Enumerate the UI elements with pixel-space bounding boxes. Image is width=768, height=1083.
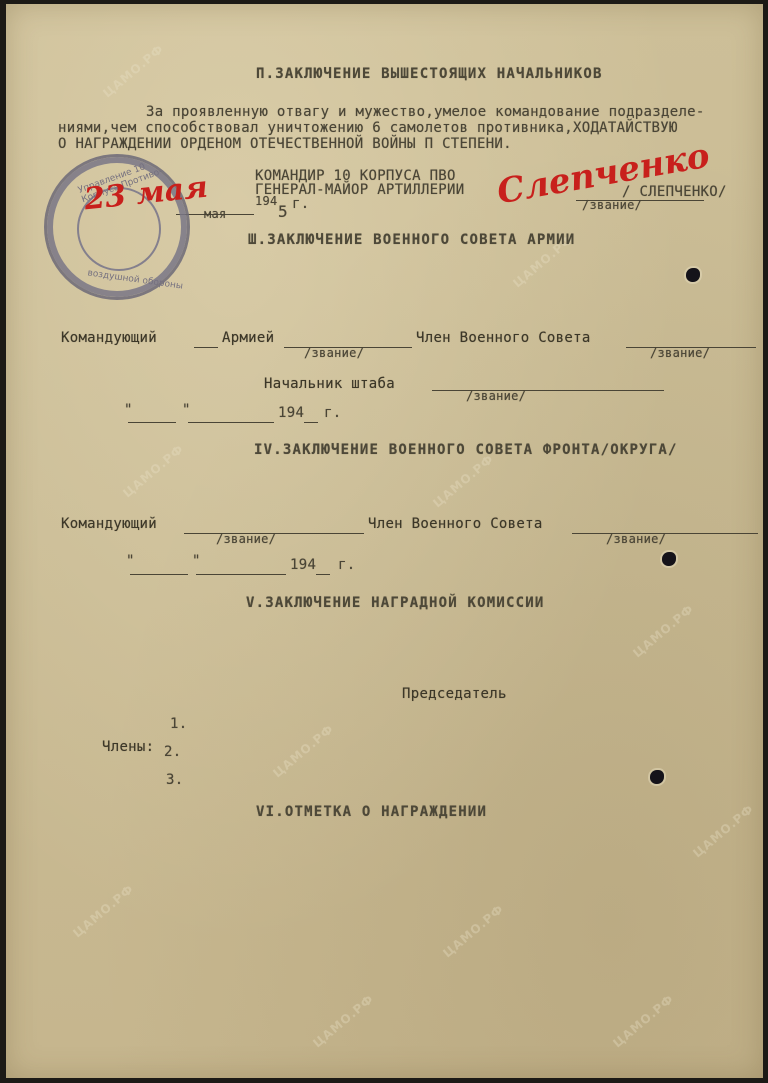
date-year-blank: [304, 422, 318, 423]
quote-mark: ": [192, 553, 201, 569]
rank-label: /звание/: [466, 389, 526, 403]
section2-heading: П.ЗАКЛЮЧЕНИЕ ВЫШЕСТОЯЩИХ НАЧАЛЬНИКОВ: [256, 66, 603, 82]
watermark: ЦАМО.РФ: [690, 802, 756, 861]
date-day-blank: [128, 422, 176, 423]
section3-commander-label: Командующий: [61, 330, 157, 346]
paper-hole: [650, 770, 664, 784]
members-label: Члены:: [102, 739, 154, 755]
watermark: ЦАМО.РФ: [440, 902, 506, 961]
watermark: ЦАМО.РФ: [270, 722, 336, 781]
quote-mark: ": [126, 553, 135, 569]
army-label: Армией: [222, 330, 274, 346]
rank-label: /звание/: [216, 532, 276, 546]
section2-body-line1: За проявленную отвагу и мужество,умелое …: [146, 104, 705, 120]
council-member-label: Член Военного Совета: [416, 330, 591, 346]
date-year: 194: [290, 557, 316, 573]
date-suffix: г.: [338, 557, 355, 573]
watermark: ЦАМО.РФ: [430, 452, 496, 511]
paper-hole: [662, 552, 676, 566]
section3-heading: Ш.ЗАКЛЮЧЕНИЕ ВОЕННОГО СОВЕТА АРМИИ: [248, 232, 575, 248]
member-number: 1.: [170, 716, 187, 732]
date-month-blank: [196, 574, 286, 575]
watermark: ЦАМО.РФ: [310, 992, 376, 1051]
date-suffix: г.: [292, 196, 309, 212]
watermark: ЦАМО.РФ: [120, 442, 186, 501]
section4-heading: IV.ЗАКЛЮЧЕНИЕ ВОЕННОГО СОВЕТА ФРОНТА/ОКР…: [254, 442, 678, 458]
date-month-blank: [188, 422, 274, 423]
section5-heading: V.ЗАКЛЮЧЕНИЕ НАГРАДНОЙ КОМИССИИ: [246, 595, 545, 611]
member-number: 2.: [164, 744, 181, 760]
watermark: ЦАМО.РФ: [610, 992, 676, 1051]
watermark: ЦАМО.РФ: [630, 602, 696, 661]
member-number: 3.: [166, 772, 183, 788]
date-day-blank: [130, 574, 188, 575]
date-year: 194: [278, 405, 304, 421]
section6-heading: VI.ОТМЕТКА О НАГРАЖДЕНИИ: [256, 804, 487, 820]
section2-body-line3: О НАГРАЖДЕНИИ ОРДЕНОМ ОТЕЧЕСТВЕННОЙ ВОЙН…: [58, 136, 512, 152]
date-year-prefix: 194: [255, 194, 278, 208]
watermark: ЦАМО.РФ: [70, 882, 136, 941]
army-number-blank: [194, 347, 218, 348]
date-year-blank: [316, 574, 330, 575]
chief-of-staff-label: Начальник штаба: [264, 376, 395, 392]
chairman-label: Председатель: [402, 686, 507, 702]
quote-mark: ": [182, 402, 191, 418]
date-suffix: г.: [324, 405, 341, 421]
document-page: ЦАМО.РФ ЦАМО.РФ ЦАМО.РФ ЦАМО.РФ ЦАМО.РФ …: [6, 4, 763, 1078]
stamp-text-bottom: воздушной обороны: [87, 268, 184, 291]
section2-body-line2: ниями,чем способствовал уничтожению 6 са…: [58, 120, 678, 136]
watermark: ЦАМО.РФ: [100, 42, 166, 101]
date-year-digit: 5: [278, 202, 288, 221]
signer-title-line2: ГЕНЕРАЛ-МАЙОР АРТИЛЛЕРИИ: [255, 182, 465, 198]
rank-label: /звание/: [606, 532, 666, 546]
rank-label: /звание/: [304, 346, 364, 360]
council-member-label: Член Военного Совета: [368, 516, 543, 532]
rank-label: /звание/: [582, 198, 642, 212]
date-month: мая: [204, 207, 227, 221]
quote-mark: ": [124, 402, 133, 418]
rank-label: /звание/: [650, 346, 710, 360]
paper-hole: [686, 268, 700, 282]
section4-commander-label: Командующий: [61, 516, 157, 532]
